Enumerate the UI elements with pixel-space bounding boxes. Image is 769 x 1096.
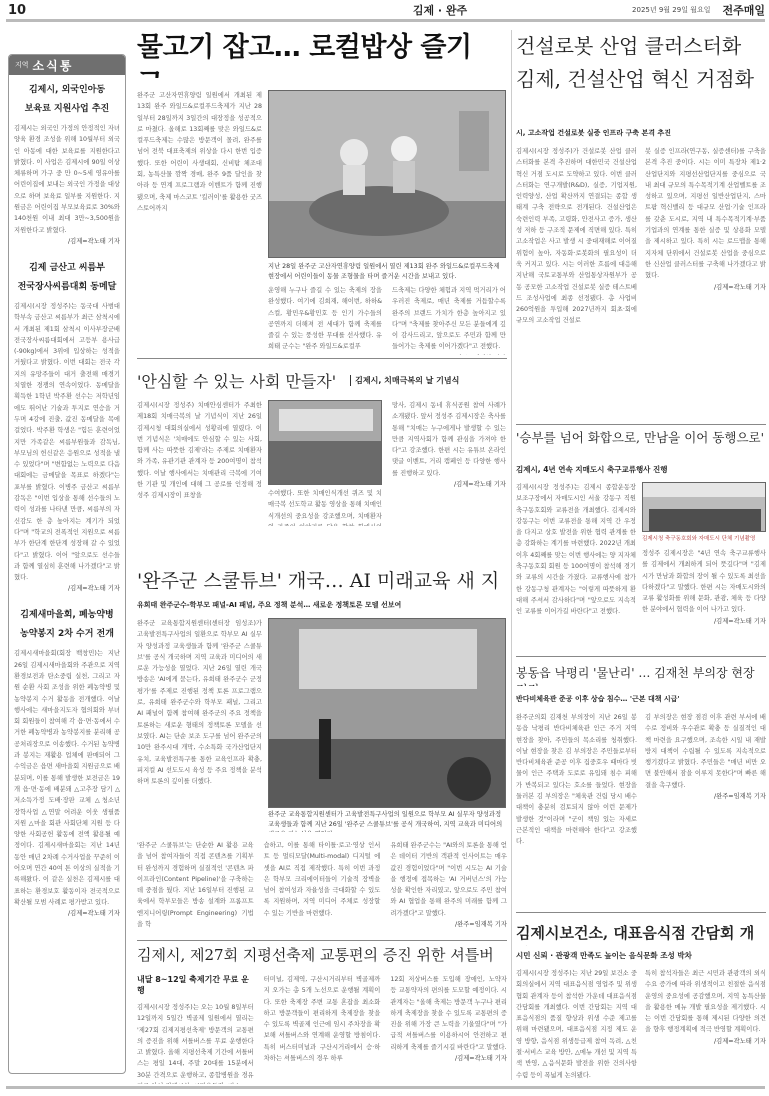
story-soccer-col2: 정성주 김제시장은 "4년 연속 축구교류행사를 김제에서 개최하게 되어 뜻깊…	[642, 548, 766, 646]
story-shuttle-col3: 12회 저상버스를 도입해 장애인, 노약자 등 교통약자의 편의를 도모할 예…	[390, 974, 507, 1053]
sidebar-header: 지역 소식통	[9, 55, 125, 75]
story-shuttle-headline: 김제시, 제27회 지평선축제 교통편의 증진 위한 셔틀버스 운영	[137, 944, 507, 968]
story-health-body: 김제시(시장 정성주)는 지난 29일 보건소 중회의실에서 지역 대표음식점 …	[516, 968, 766, 1084]
group-photo	[643, 483, 766, 532]
story-school-col3: 유희태 완주군수는 "AI와의 토론을 통해 얻은 데이터 기반의 객관적 인사…	[390, 840, 507, 919]
story-dementia-col1: 김제시(시장 정성주) 치매안심센터가 주최한 제18회 치매극복의 날 기념식…	[137, 400, 262, 524]
byline: /김제=곽노태 기자	[9, 583, 125, 592]
headline-tag: 김제시, 치매극복의 날 기념식	[350, 375, 459, 386]
headline: 건설로봇 산업 클러스터화 김제, 건설산업 혁신 거점화	[516, 30, 766, 96]
byline: /김제=곽노태 기자	[9, 908, 125, 917]
photo-fish-festival	[268, 90, 506, 258]
auditorium-audience-photo	[269, 401, 382, 485]
divider	[137, 358, 507, 359]
story-flood-col2: 김 부의장은 현장 점검 이후 관련 부서에 배수로 정비와 우수관로 확충 등…	[645, 712, 766, 791]
story-health-col2: 특히 참석자들은 최근 시민과 관광객의 외식수요 증가에 따라 위생적이고 친…	[645, 968, 766, 1036]
children-on-animal-sculpture-photo	[269, 91, 506, 258]
photo-soccer-group	[642, 482, 766, 532]
story-school-body: '완주군 스쿨튜브'는 단순한 AI 활용 교육을 넘어 참여자들이 직접 콘텐…	[137, 840, 507, 936]
section-title: 김제 · 완주	[248, 2, 632, 18]
story-shuttle-col2: 터미널, 김제역, 구산시거리부터 벽골제까지 오가는 총 5개 노선으로 운행…	[264, 974, 381, 1084]
story-school-col1: '완주군 스쿨튜브'는 단순한 AI 활용 교육을 넘어 참여자들이 직접 콘텐…	[137, 840, 254, 930]
divider	[516, 912, 766, 913]
story-fish-col1: 완주군 고산자연휴양림 일원에서 개최된 제13회 완주 와일드&로컬푸드축제가…	[137, 90, 262, 312]
headline: '안심할 수 있는 사회 만들자'	[137, 369, 336, 392]
story-school-col1-top: 완주군 교육통합지원센터(센터장 임성조)가 고육발전특구사업의 일환으로 학부…	[137, 618, 262, 818]
story-dementia-col2: 수여했다. 또한 치매인식개선 퀴즈 및 치매극복 선도학교 활동 영상을 통해…	[268, 488, 382, 526]
subheadline: 시민 신뢰 · 관광객 만족도 높이는 음식문화 조성 박차	[516, 950, 766, 962]
masthead-rule	[6, 19, 765, 22]
story-flood-headline: 봉동읍 낙평리 '물난리' … 김재천 부의장 현장 점검	[516, 664, 766, 686]
sidebar-item: 김제새마을회, 폐농약병 농약봉지 2차 수거 전개 김제시새마을회(회장 백창…	[9, 606, 125, 917]
story-school-col2: 습하고, 이를 통해 타이틀·로고·영상 인서트 등 멀티모달(Multi-mo…	[264, 840, 381, 930]
subheadline: 반다비체육관 준공 이후 상습 침수… '근본 대책 시급'	[516, 694, 766, 706]
photo-dementia-ceremony	[268, 400, 382, 485]
subheadline: 유희태 완주군수-학부모 패널-AI 패널, 주요 정책 분석… 새로운 정책토…	[137, 600, 507, 612]
headline: 물고기 잡고… 로컬밥상 즐기고…	[137, 30, 507, 78]
bottom-rule	[6, 1086, 765, 1089]
sidebar-local-news: 지역 소식통 김제시, 외국인아동 보육료 지원사업 추진 김제시는 외국인 가…	[8, 54, 126, 1074]
masthead: 10 김제 · 완주 2025년 9월 29일 월요일 전주매일	[8, 2, 765, 18]
byline: /완주=임재복 기자	[392, 353, 506, 355]
byline: /김제=곽노태 기자	[392, 479, 506, 488]
byline: /김제=곽노태 기자	[645, 282, 766, 291]
byline: /김제=곽노태 기자	[390, 1053, 507, 1062]
sidebar-item: 김제시, 외국인아동 보육료 지원사업 추진 김제시는 외국인 가정의 안정적인…	[9, 81, 125, 245]
column-divider	[511, 30, 512, 1080]
story-school-headline: '완주군 스쿨튜브' 개국… AI 미래교육 새 지평	[137, 566, 507, 592]
story-robot-body: 김제시(시장 정성주)가 건설로봇 산업 클러스터화를 본격 추진하며 대한민국…	[516, 146, 766, 414]
byline: /김제=곽노태 기자	[9, 236, 125, 245]
story-robot-col2: 봇 실증 인프라(연구동, 실증센터)를 구축을 본격 추진 중이다. 시는 이…	[645, 146, 766, 282]
subheadline: 내달 8~12일 축제기간 무료 운행	[137, 974, 254, 996]
story-fish-headline-block: 물고기 잡고… 로컬밥상 즐기고… 완주 와일드&로컬푸드축제 성료… 수많은 …	[137, 30, 507, 78]
sidebar-item: 김제 금산고 씨름부 전국장사씨름대회 동메달 김제시(시장 정성주)는 동국대…	[9, 259, 125, 592]
story-robot-col1: 김제시(시장 정성주)가 건설로봇 산업 클러스터화를 본격 추진하며 대한민국…	[516, 146, 637, 327]
issue-date: 2025년 9월 29일 월요일	[632, 5, 710, 15]
story-flood-col1: 완주군의회 김재천 부의장이 지난 26일 봉동읍 낙평리 반다비체육관 인근 …	[516, 712, 637, 848]
page-number: 10	[8, 3, 248, 18]
sidebar-item-title: 김제 금산고 씨름부 전국장사씨름대회 동메달	[9, 259, 125, 297]
story-soccer-col1: 김제시(시장 정성주)는 김제시 종합운동장 보조구장에서 자매도시인 서울 강…	[516, 482, 636, 644]
subheadline: 김제시, 4년 연속 지매도시 축구교류행사 진행	[516, 464, 766, 476]
divider	[137, 940, 507, 941]
sidebar-item-title: 김제시, 외국인아동 보육료 지원사업 추진	[9, 81, 125, 119]
story-shuttle-col1: 김제시(시장 정성주)는 오는 10월 8일부터 12일까지 5일간 벽골제 일…	[137, 1002, 254, 1084]
story-soccer-headline: '승부를 넘어 화합으로, 만남을 이어 동행으로'	[516, 428, 766, 452]
story-robot-headline-block: 건설로봇 산업 클러스터화 김제, 건설산업 혁신 거점화	[516, 30, 766, 125]
byline: /김제=곽노태 기자	[642, 616, 766, 625]
divider	[516, 424, 766, 425]
story-fish-col3: 드축제는 다양한 체험과 지역 먹거리가 어우러진 축제로, 매년 축제를 거듭…	[392, 285, 506, 355]
byline: /완주=임재복 기자	[390, 919, 507, 928]
sidebar-item-body: 김제시(시장 정성주)는 동국대 사범대학부속 금산고 씨름부가 최근 삼척시에…	[9, 301, 125, 583]
sidebar-item-body: 김제시새마을회(회장 백창민)는 지난 26일 김제시새마을회와 주관으로 지역…	[9, 648, 125, 908]
sidebar-label-big: 소식통	[33, 57, 74, 74]
photo-school-tube	[268, 618, 506, 808]
divider	[516, 656, 766, 657]
story-dementia-headline-block: '안심할 수 있는 사회 만들자' 김제시, 치매극복의 날 기념식	[137, 366, 507, 394]
photo-caption: 김제시청 축구동호회와 자매도시 단체 기념촬영	[642, 534, 766, 546]
broadcast-studio-photo	[269, 619, 506, 808]
story-dementia-col3: 망사, 김제시 동네 휴식공원 참여 사례가 소개됐다. 앞서 정성주 김제시장…	[392, 400, 506, 524]
story-health-col1: 김제시(시장 정성주)는 지난 29일 보건소 중회의실에서 지역 대표음식점 …	[516, 968, 637, 1081]
story-health-headline: 김제시보건소, 대표음식점 간담회 개최	[516, 922, 766, 946]
story-flood-body: 완주군의회 김재천 부의장이 지난 26일 봉동읍 낙평리 반다비체육관 인근 …	[516, 712, 766, 907]
photo-caption: 지난 28일 완주군 고산자연휴양림 일원에서 열린 제13회 완주 와일드&로…	[268, 262, 506, 284]
byline: /완주=임재복 기자	[645, 791, 766, 800]
story-shuttle-body: 내달 8~12일 축제기간 무료 운행 김제시(시장 정성주)는 오는 10월 …	[137, 974, 507, 1084]
byline: /김제=곽노태 기자	[645, 1036, 766, 1045]
sidebar-item-title: 김제새마을회, 폐농약병 농약봉지 2차 수거 전개	[9, 606, 125, 644]
subheadline: 시, 고소작업 건설로봇 실증 인프라 구축 본격 추진	[516, 128, 766, 140]
newspaper-name: 전주매일	[722, 2, 765, 18]
sidebar-label-small: 지역	[15, 60, 29, 70]
story-fish-col2: 운영해 누구나 즐길 수 있는 축제의 장을 완성했다. 여기에 김희재, 해이…	[268, 285, 382, 355]
sidebar-item-body: 김제시는 외국인 가정의 안정적인 자녀 양육 환경 조성을 위해 10월부터 …	[9, 123, 125, 236]
photo-caption: 완주군 교육통합지원센터가 고육발전특구사업의 일원으로 학부모 AI 실무자 …	[268, 810, 506, 832]
